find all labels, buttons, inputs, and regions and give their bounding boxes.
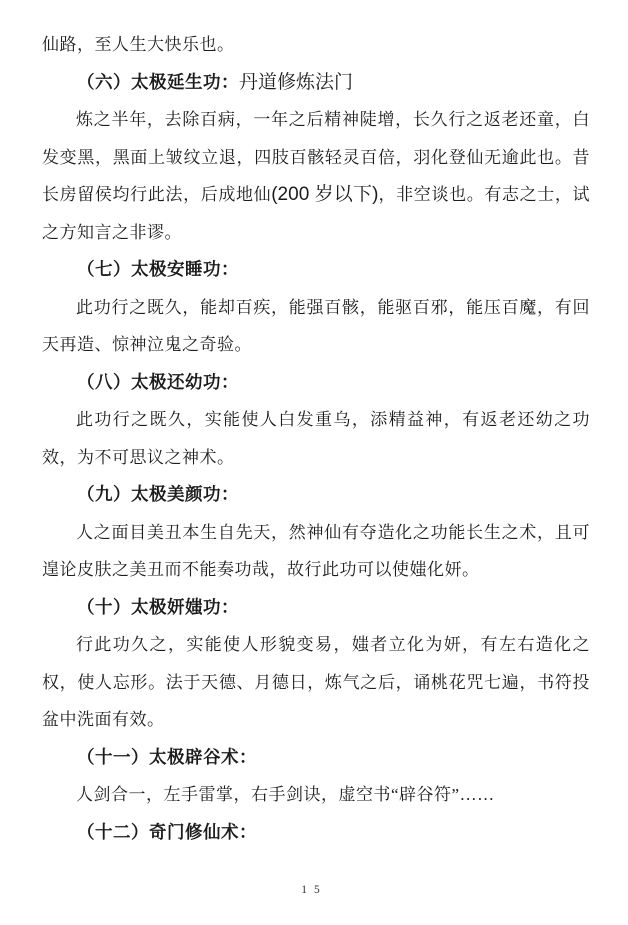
paragraph-continuation: 仙路，至人生大快乐也。	[42, 26, 590, 64]
body-text: 仙路，至人生大快乐也。	[42, 35, 235, 54]
page-number: 15	[0, 884, 628, 896]
body-text: 人剑合一，左手雷掌，右手剑诀，虚空书“辟谷符”……	[76, 785, 495, 804]
section-heading-8: （八）太极还幼功：	[42, 364, 590, 402]
body-text: 行此功久之，实能使人形貌变易，媸者立化为妍，有左右造化之权，使人忘形。法于天德、…	[42, 635, 590, 729]
paragraph-bigu: 人剑合一，左手雷掌，右手剑诀，虚空书“辟谷符”……	[42, 776, 590, 814]
heading-label: （八）太极还幼功：	[77, 372, 239, 392]
paragraph-anshui: 此功行之既久，能却百疾，能强百骸，能驱百邪，能压百魔，有回天再造、惊神泣鬼之奇验…	[42, 289, 590, 364]
body-text: 此功行之既久，实能使人白发重乌，添精益神，有返老还幼之功效，为不可思议之神术。	[42, 410, 590, 467]
heading-subtitle: 丹道修炼法门	[239, 72, 353, 93]
heading-label: （九）太极美颜功：	[77, 484, 239, 504]
heading-label: （六）太极延生功：	[77, 72, 239, 92]
section-heading-11: （十一）太极辟谷术：	[42, 739, 590, 777]
section-heading-10: （十）太极妍媸功：	[42, 589, 590, 627]
heading-label: （十）太极妍媸功：	[77, 597, 239, 617]
section-heading-12: （十二）奇门修仙术：	[42, 814, 590, 852]
page-body: 仙路，至人生大快乐也。 （六）太极延生功：丹道修炼法门 炼之半年，去除百病，一年…	[42, 26, 590, 851]
section-heading-7: （七）太极安睡功：	[42, 251, 590, 289]
body-text: 此功行之既久，能却百疾，能强百骸，能驱百邪，能压百魔，有回天再造、惊神泣鬼之奇验…	[42, 298, 590, 355]
heading-label: （七）太极安睡功：	[77, 259, 239, 279]
paragraph-yanchi: 行此功久之，实能使人形貌变易，媸者立化为妍，有左右造化之权，使人忘形。法于天德、…	[42, 626, 590, 739]
paragraph-meiyan: 人之面目美丑本生自先天，然神仙有夺造化之功能长生之术，且可遑论皮肤之美丑而不能奏…	[42, 514, 590, 589]
paragraph-yansheng: 炼之半年，去除百病，一年之后精神陡增，长久行之返老还童，白发变黑，黑面上皱纹立退…	[42, 101, 590, 251]
heading-label: （十二）奇门修仙术：	[77, 822, 257, 842]
heading-label: （十一）太极辟谷术：	[77, 747, 257, 767]
paragraph-huanyou: 此功行之既久，实能使人白发重乌，添精益神，有返老还幼之功效，为不可思议之神术。	[42, 401, 590, 476]
document-page: 仙路，至人生大快乐也。 （六）太极延生功：丹道修炼法门 炼之半年，去除百病，一年…	[0, 0, 628, 925]
body-text: 人之面目美丑本生自先天，然神仙有夺造化之功能长生之术，且可遑论皮肤之美丑而不能奏…	[42, 523, 590, 580]
section-heading-6: （六）太极延生功：丹道修炼法门	[42, 64, 590, 102]
section-heading-9: （九）太极美颜功：	[42, 476, 590, 514]
body-text-hei: (200 岁以下)	[271, 184, 378, 205]
